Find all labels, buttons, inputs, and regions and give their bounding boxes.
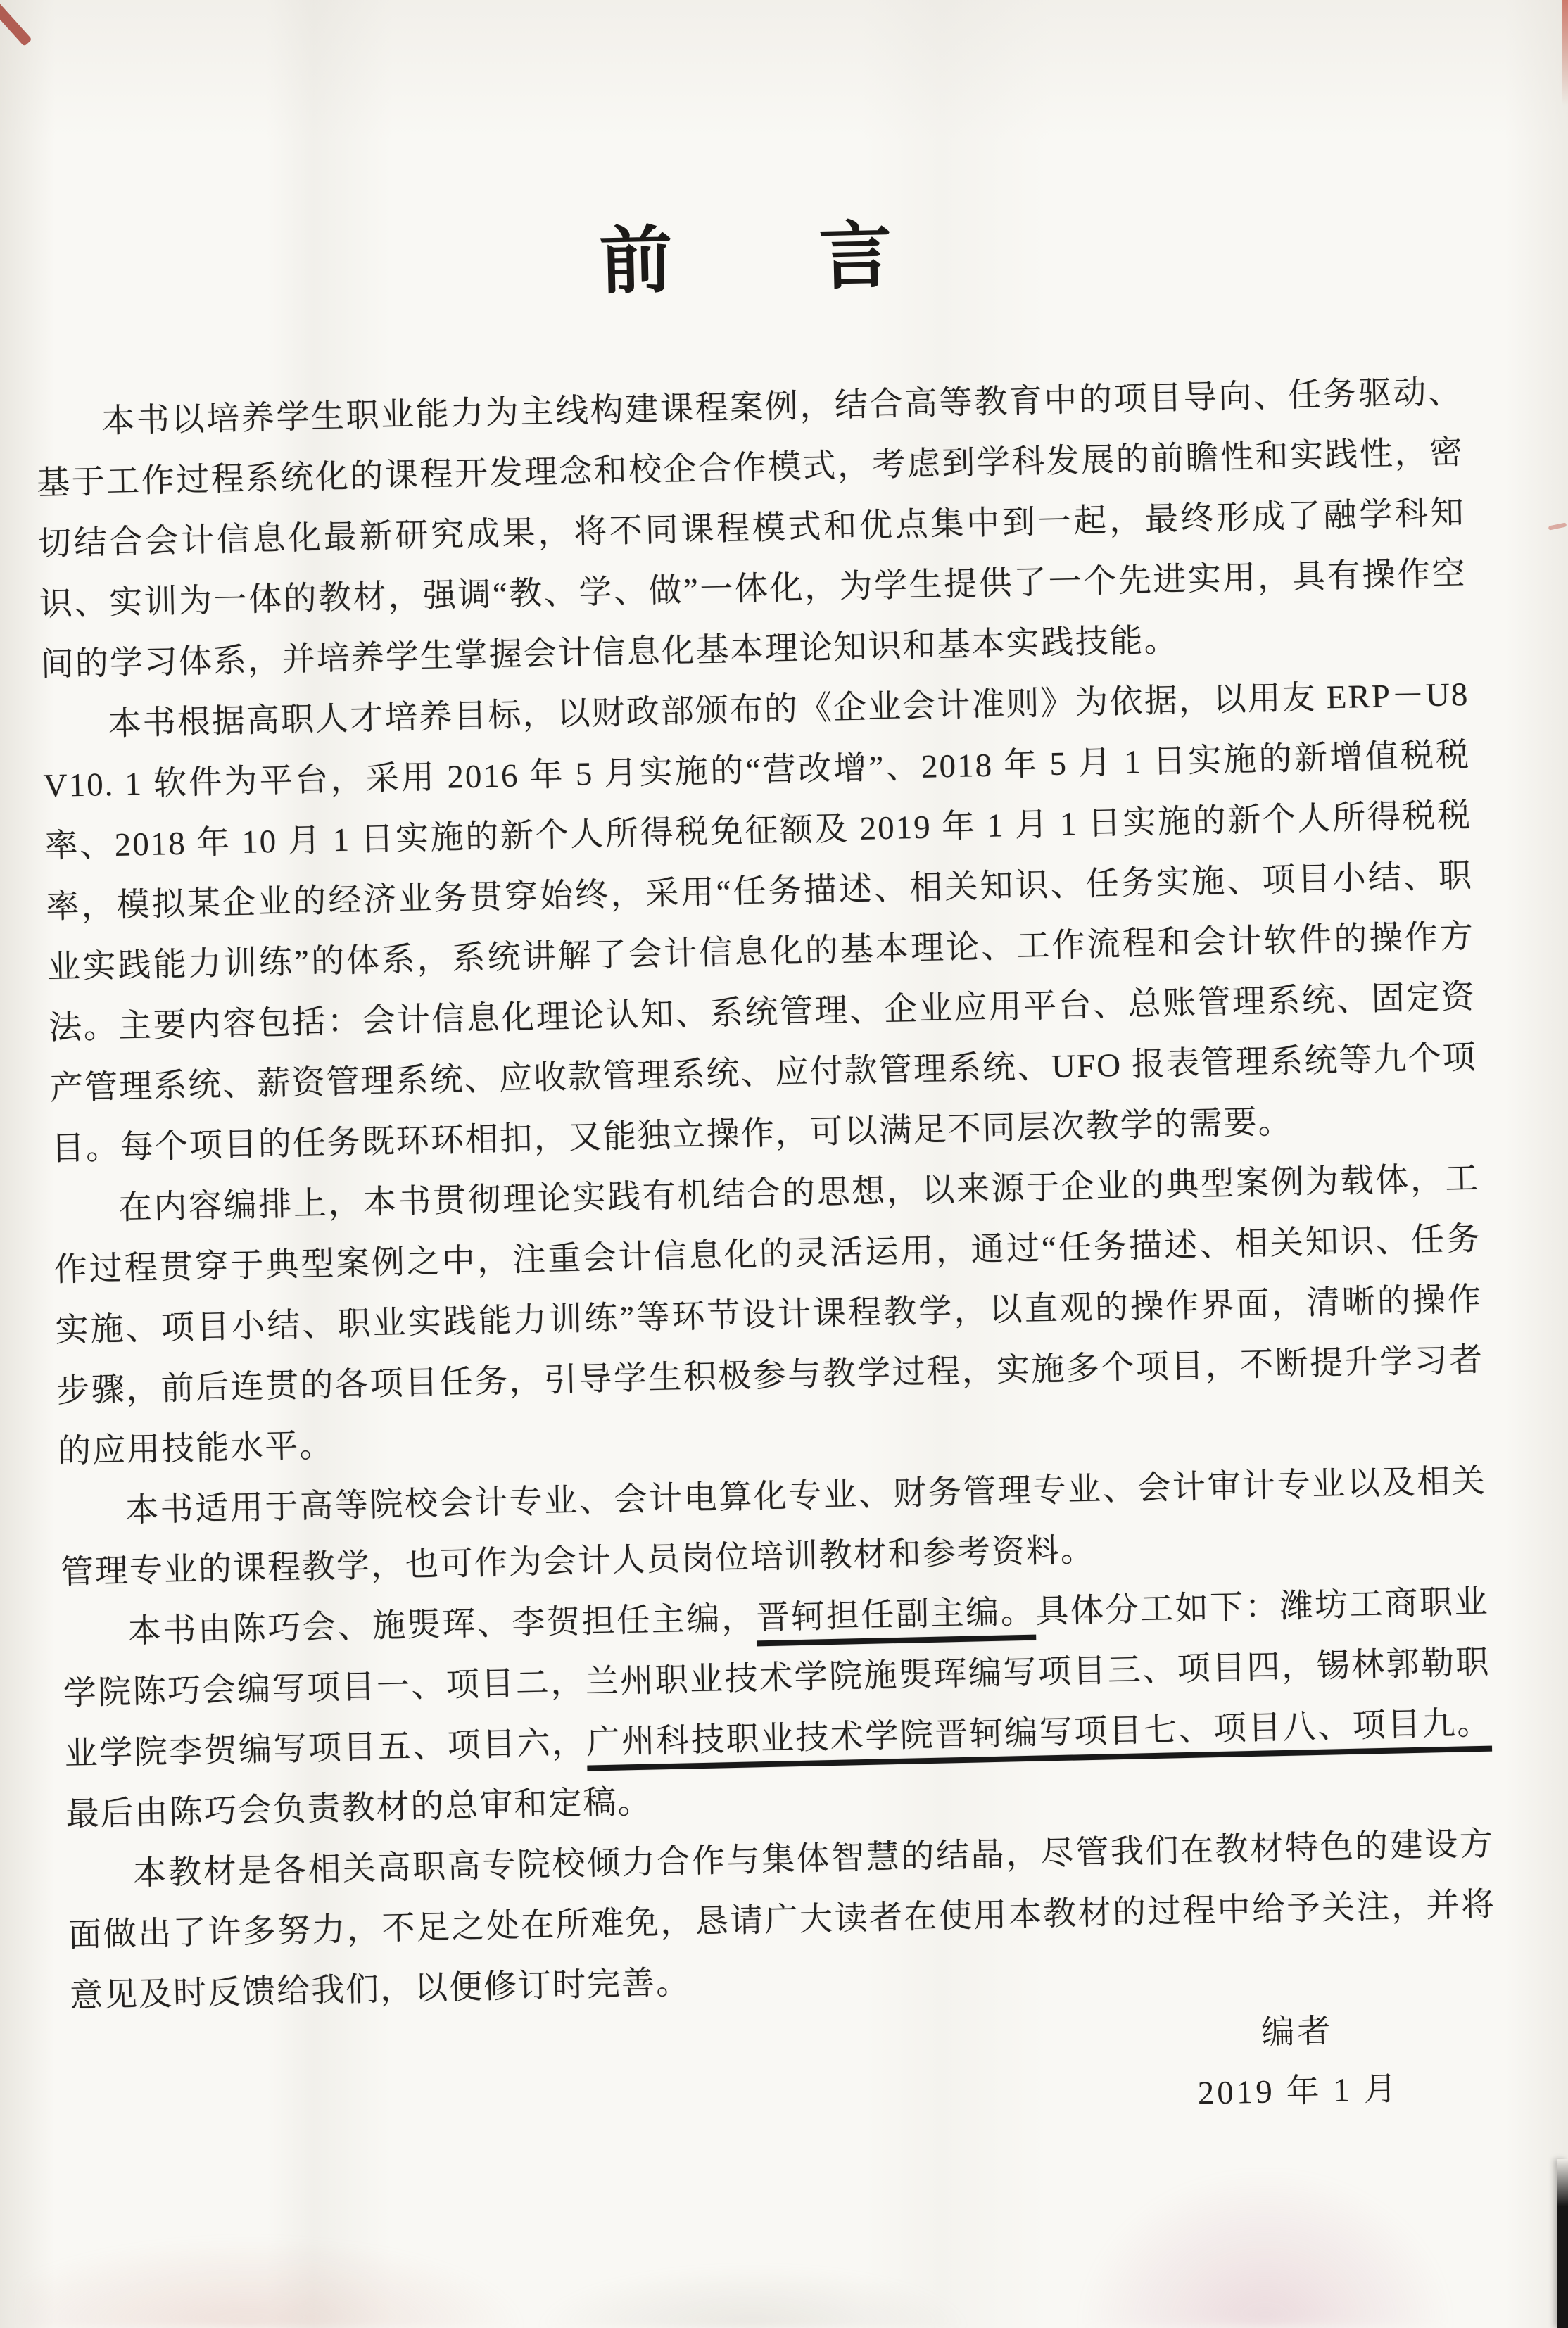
title-spacer xyxy=(673,282,819,286)
scan-artifact-pink-smudge-right xyxy=(1082,2173,1448,2328)
underlined-text-deputy-editor: 晋轲担任副主编。 xyxy=(756,1594,1036,1637)
paragraph-2: 本书根据高职人才培养目标，以财政部颁布的《企业会计准则》为依据，以用友 ERP－… xyxy=(42,664,1479,1179)
scan-artifact-red-edge-line xyxy=(1562,0,1568,106)
paragraph-5-segment: 最后由陈巧会负责教材的总审和定稿。 xyxy=(65,1784,652,1833)
paragraph-6: 本教材是各相关高职高专院校倾力合作与集体智慧的结晶，尽管我们在教材特色的建设方面… xyxy=(67,1814,1498,2027)
paragraph-5-segment: 本书由陈巧会、施煚珲、李贺担任主编， xyxy=(127,1600,757,1650)
paragraph-3: 在内容编排上，本书贯彻理论实践有机结合的思想，以来源于企业的典型案例为载体，工作… xyxy=(52,1149,1486,1482)
signature-date: 2019 年 1 月 xyxy=(1197,2060,1401,2123)
paragraph-1: 本书以培养学生职业能力为主线构建课程案例，结合高等教育中的项目导向、任务驱动、基… xyxy=(34,362,1468,695)
page-content: 前言 本书以培养学生职业能力为主线构建课程案例，结合高等教育中的项目导向、任务驱… xyxy=(27,0,1500,2148)
page-title: 前言 xyxy=(32,204,1460,314)
scan-artifact-gray-smudge xyxy=(535,2265,971,2328)
underlined-text-guangzhou-projects: 广州科技职业技术学院晋轲编写项目七、项目八、项目九。 xyxy=(586,1705,1492,1761)
scan-artifact-pink-smudge-left xyxy=(21,2237,528,2328)
title-char-second: 言 xyxy=(818,215,893,298)
title-char-first: 前 xyxy=(598,220,674,303)
signature-inner: 编者 2019 年 1 月 xyxy=(1196,2001,1400,2123)
signature-author: 编者 xyxy=(1196,2001,1399,2064)
scanned-preface-page: 前言 本书以培养学生职业能力为主线构建课程案例，结合高等教育中的项目导向、任务驱… xyxy=(0,0,1568,2328)
paragraph-5: 本书由陈巧会、施煚珲、李贺担任主编，晋轲担任副主编。具体分工如下：潍坊工商职业学… xyxy=(61,1572,1493,1845)
scan-artifact-black-edge-strip xyxy=(1557,2159,1568,2328)
scan-artifact-red-tick xyxy=(1548,522,1567,530)
